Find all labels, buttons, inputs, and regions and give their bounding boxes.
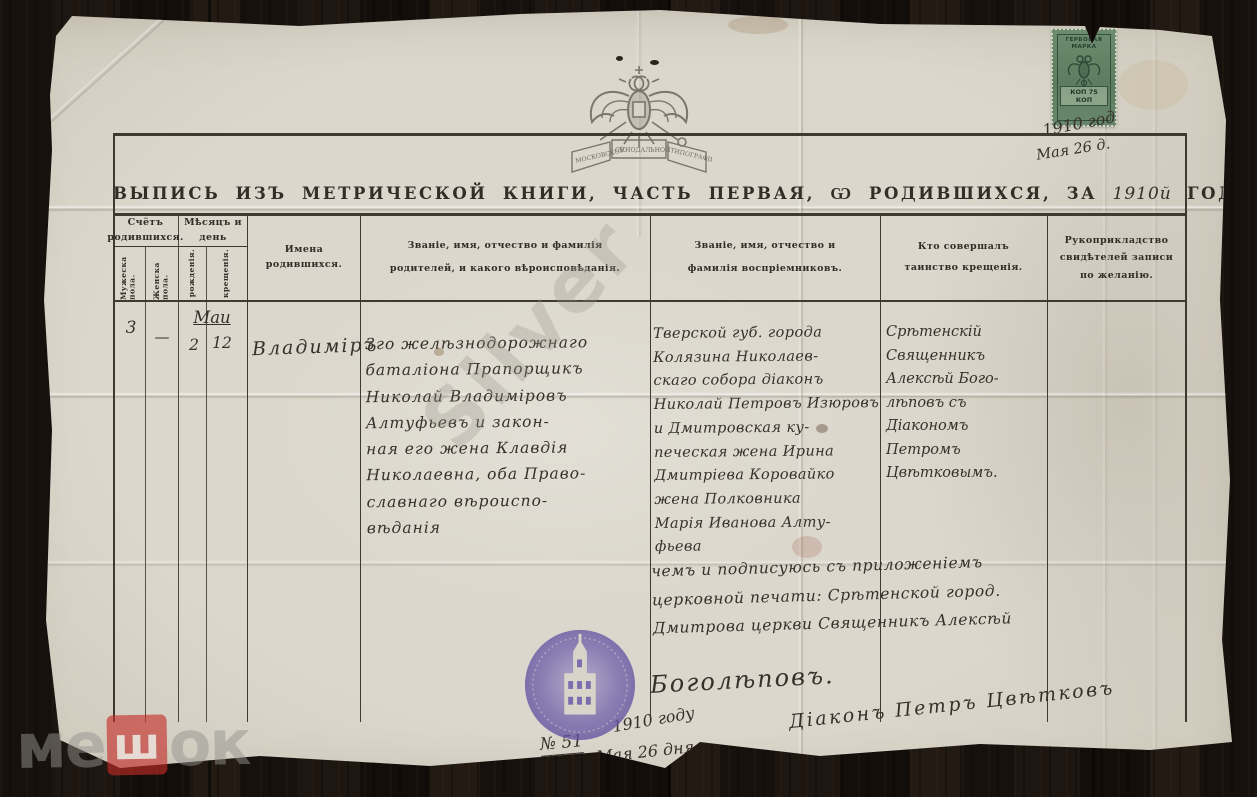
entry-child-name: Владиміръ [252,334,379,360]
header-counts-male: Мужеска пола. [113,247,145,300]
entry-baptism-day: 12 [206,334,238,352]
entry-birth-day: 2 [182,336,206,354]
header-witnesses: Рукоприкладство свидѣтелей записи по жел… [1049,216,1184,300]
revenue-stamp-frame: ГЕРБОВАЯ МАРКА КОП 75 КОП [1057,34,1111,121]
entry-female-count: — [147,328,177,346]
church-seal [521,625,639,745]
title-prefix: ВЫПИСЬ ИЗЪ МЕТРИЧЕСКОЙ КНИГИ, ЧАСТЬ ПЕРВ… [113,184,1097,203]
header-names: Имена родившихся. [249,216,359,300]
entry-month: Маи [178,308,246,327]
fold-crease [0,205,1257,212]
header-month-group: Мѣсяцъ и день [179,216,247,246]
col-rule [145,247,146,722]
site-watermark: ме ш ок [15,706,250,783]
header-priest: Кто совершалъ таинство крещенія. [883,216,1044,300]
title-year-handwritten: 1910й [1113,184,1172,204]
site-watermark-right: ок [168,706,250,780]
stamp-note-date: Мая 26 д. [1035,136,1111,163]
entry-male-count: 3 [118,318,144,338]
revenue-stamp-title-line1: ГЕРБОВАЯ [1066,37,1103,44]
corner-crease [46,0,228,124]
header-counts-female: Женска пола. [145,247,178,300]
imperial-eagle-emblem: МОСКОВСКОЙ СѴНОДАЛЬНОЙ ТИПОГРАФІИ [566,52,712,180]
certification-text: чемъ и подписуюсь съ приложеніемъ церков… [651,543,1183,643]
header-godparents: Званіе, имя, отчество и фамилія воспріем… [653,216,877,300]
stain [1118,60,1188,110]
press-ribbon-center: СѴНОДАЛЬНОЙ [615,146,671,154]
frame-top [113,133,1187,136]
header-day-baptized: крещенія. [206,247,247,300]
entry-godparents-text: Тверской губ. города Колязина Николаев- … [653,321,883,560]
document-title: ВЫПИСЬ ИЗЪ МЕТРИЧЕСКОЙ КНИГИ, ЧАСТЬ ПЕРВ… [113,184,1187,204]
document-photo: { "photo": { "site_watermark": { "part1"… [0,0,1257,797]
col-rule [360,215,361,722]
priest-signature: Боголѣповъ. [649,661,835,699]
header-counts-group: Счётъ родившихся. [113,216,178,246]
revenue-stamp-value: КОП 75 КОП [1060,86,1108,106]
deacon-signature: Діаконъ Петръ Цвѣтковъ [788,677,1116,733]
revenue-stamp-title-line2: МАРКА [1071,44,1096,51]
frame-right [1185,133,1187,722]
title-suffix: ГОДЪ. [1187,184,1257,203]
site-watermark-left: ме [15,708,105,783]
fold-crease [1152,0,1158,797]
header-day-born: рожденія. [178,247,206,300]
document-paper: МОСКОВСКОЙ СѴНОДАЛЬНОЙ ТИПОГРАФІИ ГЕРБОВ… [0,0,1257,797]
stain [728,16,788,34]
site-watermark-red-box: ш [106,714,167,775]
entry-priest-text: Срѣтенскій Священникъ Алексѣй Бого- лѣпо… [886,321,1046,486]
stamp-eagle-icon [1064,51,1104,87]
